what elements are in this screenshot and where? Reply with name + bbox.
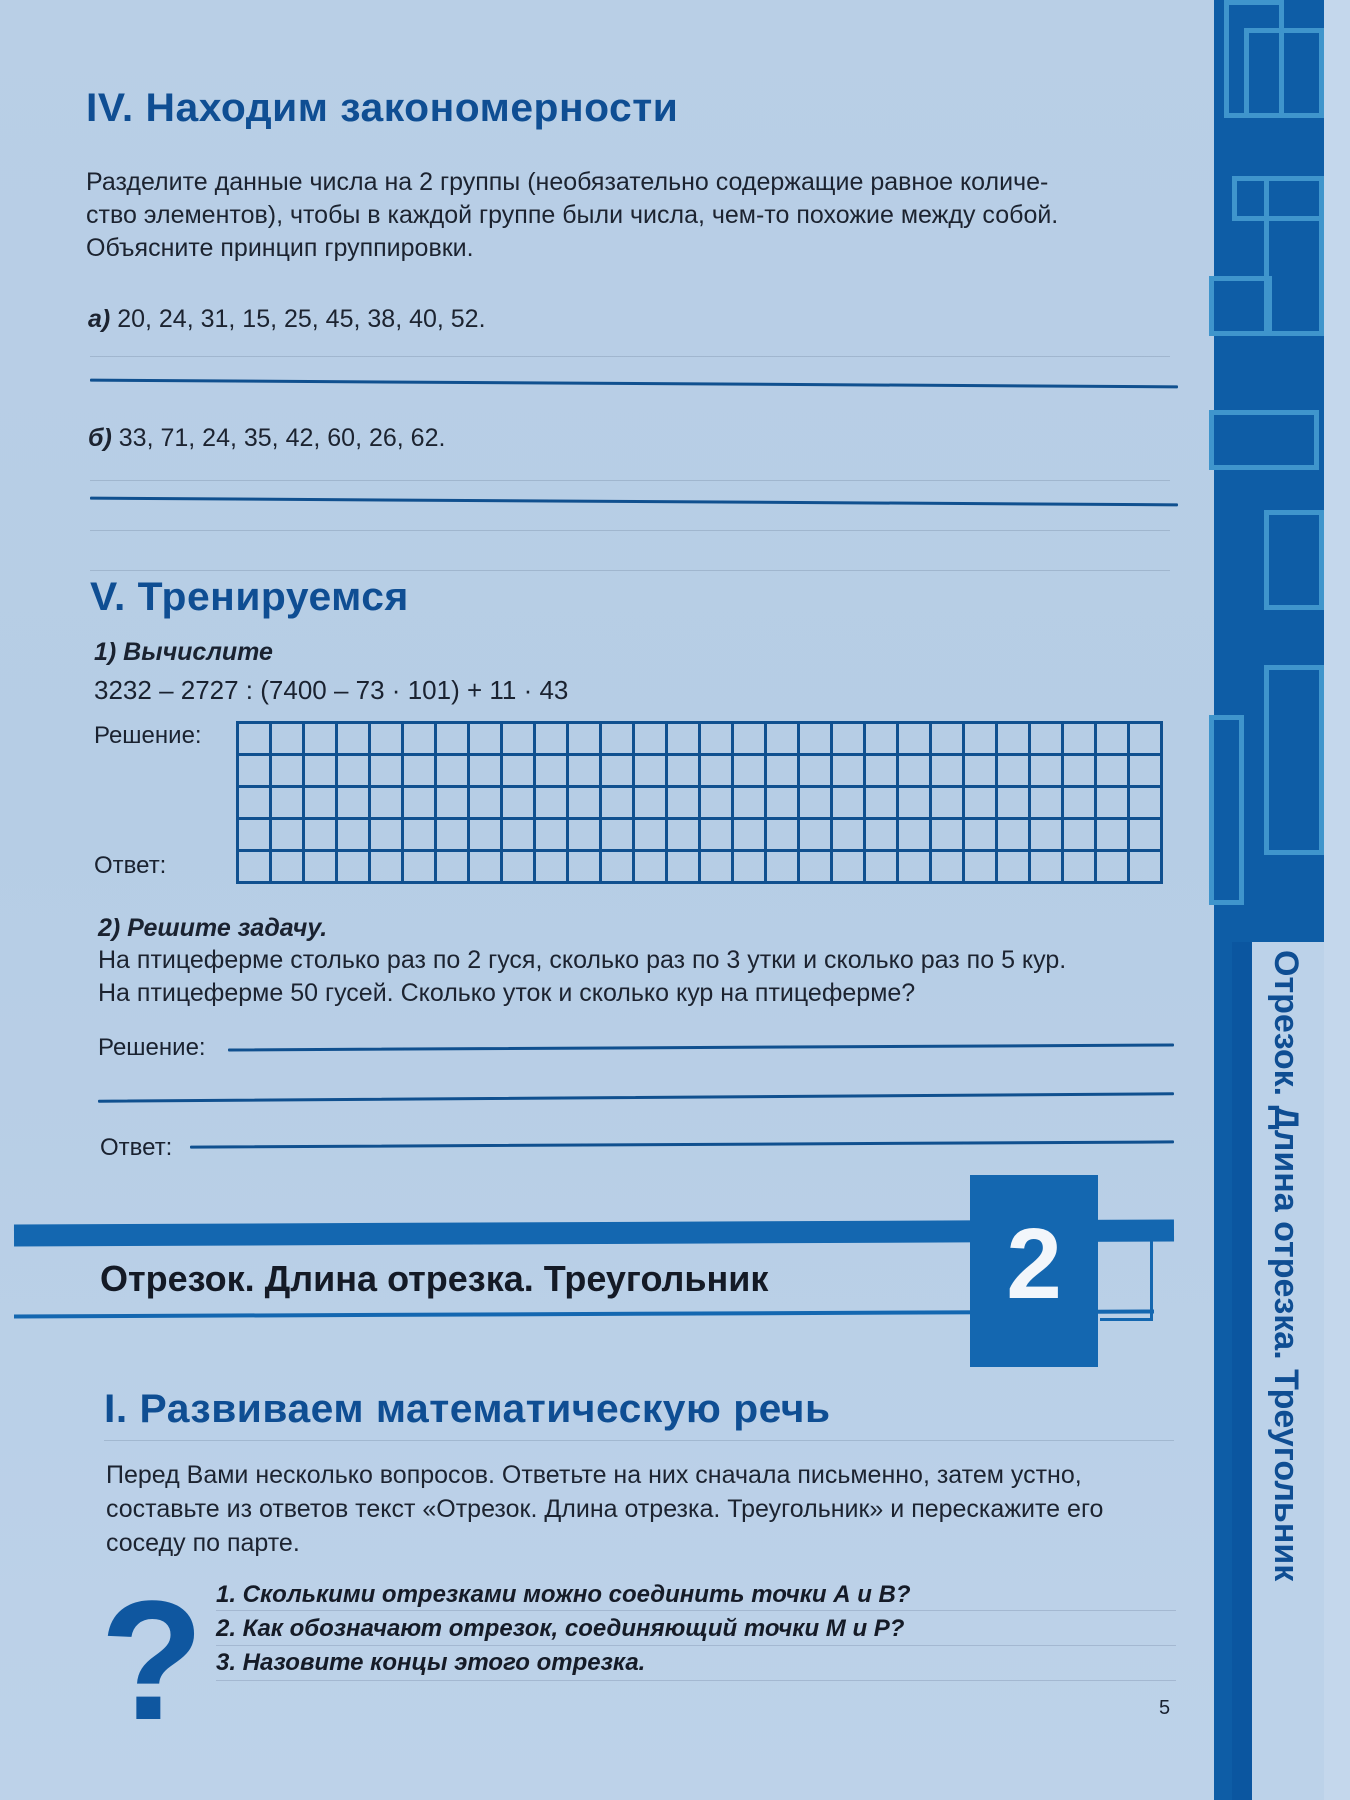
task1-expression: 3232 – 2727 : (7400 – 73 · 101) + 11 · 4…	[94, 675, 568, 706]
grid-cell[interactable]	[569, 756, 602, 788]
item-label: а)	[88, 305, 110, 333]
grid-cell[interactable]	[602, 724, 635, 756]
grid-cell[interactable]	[866, 724, 899, 756]
instruction-line: Перед Вами несколько вопросов. Ответьте …	[106, 1458, 1186, 1492]
strip-decoration	[1264, 510, 1324, 610]
grid-cell[interactable]	[734, 724, 767, 756]
grid-cell[interactable]	[734, 788, 767, 820]
section-iv-instruction: Разделите данные числа на 2 группы (необ…	[86, 166, 1186, 265]
grid-cell[interactable]	[1031, 788, 1064, 820]
grid-cell[interactable]	[470, 852, 503, 884]
grid-cell[interactable]	[701, 756, 734, 788]
chapter-number: 2	[1006, 1207, 1062, 1322]
grid-cell[interactable]	[239, 756, 272, 788]
grid-cell[interactable]	[305, 724, 338, 756]
grid-cell[interactable]	[767, 820, 800, 852]
grid-cell[interactable]	[833, 852, 866, 884]
grid-cell[interactable]	[536, 852, 569, 884]
grid-cell[interactable]	[437, 756, 470, 788]
task2-solution-label: Решение:	[98, 1034, 206, 1062]
grid-cell[interactable]	[602, 852, 635, 884]
grid-cell[interactable]	[800, 788, 833, 820]
grid-cell[interactable]	[371, 756, 404, 788]
grid-cell[interactable]	[239, 788, 272, 820]
grid-cell[interactable]	[338, 724, 371, 756]
answer-line-a[interactable]	[90, 379, 1178, 389]
grid-cell[interactable]	[1064, 852, 1097, 884]
grid-cell[interactable]	[932, 756, 965, 788]
task2-solution-line-2[interactable]	[98, 1092, 1174, 1103]
grid-cell[interactable]	[866, 820, 899, 852]
faint-line	[90, 356, 1170, 357]
grid-cell[interactable]	[668, 724, 701, 756]
instruction-line: ство элементов), чтобы в каждой группе б…	[86, 199, 1186, 232]
grid-cell[interactable]	[602, 820, 635, 852]
grid-cell[interactable]	[635, 820, 668, 852]
grid-cell[interactable]	[866, 788, 899, 820]
number-list: 33, 71, 24, 35, 42, 60, 26, 62.	[119, 424, 446, 452]
grid-cell[interactable]	[371, 724, 404, 756]
grid-cell[interactable]	[701, 820, 734, 852]
grid-cell[interactable]	[569, 820, 602, 852]
grid-cell[interactable]	[503, 756, 536, 788]
faint-line	[216, 1680, 1176, 1681]
number-list: 20, 24, 31, 15, 25, 45, 38, 40, 52.	[117, 305, 485, 333]
instruction-line: Разделите данные числа на 2 группы (необ…	[86, 166, 1186, 199]
grid-cell[interactable]	[536, 724, 569, 756]
grid-cell[interactable]	[1031, 852, 1064, 884]
grid-cell[interactable]	[998, 852, 1031, 884]
page-edge	[1324, 0, 1350, 1800]
grid-cell[interactable]	[371, 788, 404, 820]
grid-cell[interactable]	[1097, 756, 1130, 788]
grid-cell[interactable]	[833, 756, 866, 788]
grid-cell[interactable]	[635, 756, 668, 788]
grid-cell[interactable]	[404, 756, 437, 788]
grid-cell[interactable]	[272, 788, 305, 820]
chapter-outline	[1100, 1225, 1153, 1321]
question-item: 2. Как обозначают отрезок, соединяющий т…	[216, 1612, 911, 1646]
task2-answer-line[interactable]	[190, 1140, 1174, 1148]
grid-cell[interactable]	[272, 724, 305, 756]
grid-cell[interactable]	[965, 820, 998, 852]
grid-cell[interactable]	[470, 724, 503, 756]
strip-decoration	[1209, 715, 1244, 905]
grid-cell[interactable]	[536, 788, 569, 820]
grid-cell[interactable]	[998, 756, 1031, 788]
grid-cell[interactable]	[668, 756, 701, 788]
grid-cell[interactable]	[503, 820, 536, 852]
grid-cell[interactable]	[1031, 820, 1064, 852]
grid-cell[interactable]	[1130, 788, 1163, 820]
grid-cell[interactable]	[932, 788, 965, 820]
grid-cell[interactable]	[668, 788, 701, 820]
grid-cell[interactable]	[965, 724, 998, 756]
grid-cell[interactable]	[437, 788, 470, 820]
grid-cell[interactable]	[305, 756, 338, 788]
grid-cell[interactable]	[305, 820, 338, 852]
grid-cell[interactable]	[767, 724, 800, 756]
grid-cell[interactable]	[1064, 724, 1097, 756]
grid-cell[interactable]	[371, 820, 404, 852]
grid-cell[interactable]	[371, 852, 404, 884]
item-label: б)	[88, 424, 112, 452]
question-mark-icon: ?	[100, 1576, 204, 1746]
grid-cell[interactable]	[701, 852, 734, 884]
grid-cell[interactable]	[602, 756, 635, 788]
grid-cell[interactable]	[1031, 724, 1064, 756]
task2-line: На птицеферме столько раз по 2 гуся, ско…	[98, 944, 1188, 977]
grid-cell[interactable]	[338, 820, 371, 852]
grid-cell[interactable]	[899, 724, 932, 756]
exercise-item-b: б) 33, 71, 24, 35, 42, 60, 26, 62.	[88, 424, 445, 453]
task1-answer-label: Ответ:	[94, 852, 166, 880]
grid-cell[interactable]	[503, 724, 536, 756]
grid-cell[interactable]	[470, 788, 503, 820]
grid-cell[interactable]	[1064, 820, 1097, 852]
grid-cell[interactable]	[965, 852, 998, 884]
grid-cell[interactable]	[437, 820, 470, 852]
grid-cell[interactable]	[1064, 756, 1097, 788]
grid-cell[interactable]	[305, 852, 338, 884]
grid-cell[interactable]	[404, 820, 437, 852]
grid-cell[interactable]	[569, 852, 602, 884]
section-i-instruction: Перед Вами несколько вопросов. Ответьте …	[106, 1458, 1186, 1560]
task1-solution-label: Решение:	[94, 722, 202, 750]
strip-decoration	[1224, 0, 1284, 118]
task2-heading: 2) Решите задачу.	[98, 914, 327, 943]
instruction-line: составьте из ответов текст «Отрезок. Дли…	[106, 1492, 1186, 1526]
grid-cell[interactable]	[734, 756, 767, 788]
grid-cell[interactable]	[569, 788, 602, 820]
grid-cell[interactable]	[833, 820, 866, 852]
task2-line: На птицеферме 50 гусей. Сколько уток и с…	[98, 977, 1188, 1010]
chapter-title: Отрезок. Длина отрезка. Треугольник	[100, 1258, 768, 1300]
grid-cell[interactable]	[1097, 852, 1130, 884]
grid-cell[interactable]	[635, 724, 668, 756]
strip-decoration	[1209, 276, 1272, 336]
faint-line	[216, 1610, 1176, 1611]
grid-cell[interactable]	[1031, 756, 1064, 788]
grid-cell[interactable]	[734, 820, 767, 852]
question-list: 1. Сколькими отрезками можно соединить т…	[216, 1578, 911, 1680]
grid-cell[interactable]	[635, 852, 668, 884]
grid-cell[interactable]	[800, 724, 833, 756]
grid-cell[interactable]	[767, 788, 800, 820]
grid-cell[interactable]	[899, 852, 932, 884]
grid-cell[interactable]	[635, 788, 668, 820]
grid-cell[interactable]	[1130, 756, 1163, 788]
answer-line-b[interactable]	[90, 497, 1178, 507]
grid-cell[interactable]	[734, 852, 767, 884]
grid-cell[interactable]	[1130, 724, 1163, 756]
grid-cell[interactable]	[800, 820, 833, 852]
grid-cell[interactable]	[701, 724, 734, 756]
grid-cell[interactable]	[305, 788, 338, 820]
grid-cell[interactable]	[404, 788, 437, 820]
grid-cell[interactable]	[668, 852, 701, 884]
chapter-number-badge: 2	[970, 1175, 1098, 1367]
grid-cell[interactable]	[1097, 724, 1130, 756]
grid-cell[interactable]	[503, 852, 536, 884]
grid-cell[interactable]	[239, 820, 272, 852]
grid-cell[interactable]	[536, 820, 569, 852]
grid-cell[interactable]	[338, 756, 371, 788]
grid-cell[interactable]	[668, 820, 701, 852]
grid-cell[interactable]	[965, 788, 998, 820]
question-item: 3. Назовите концы этого отрезка.	[216, 1646, 911, 1680]
exercise-item-a: а) 20, 24, 31, 15, 25, 45, 38, 40, 52.	[88, 305, 486, 334]
grid-cell[interactable]	[239, 852, 272, 884]
grid-cell[interactable]	[833, 724, 866, 756]
question-item: 1. Сколькими отрезками можно соединить т…	[216, 1578, 911, 1612]
section-iv-title: IV. Находим закономерности	[86, 86, 678, 131]
grid-cell[interactable]	[998, 788, 1031, 820]
grid-cell[interactable]	[272, 820, 305, 852]
grid-cell[interactable]	[404, 724, 437, 756]
strip-decoration	[1264, 665, 1324, 855]
page-number: 5	[1159, 1697, 1170, 1720]
grid-cell[interactable]	[569, 724, 602, 756]
grid-cell[interactable]	[1130, 820, 1163, 852]
faint-line	[90, 480, 1170, 481]
grid-cell[interactable]	[932, 852, 965, 884]
grid-cell[interactable]	[1130, 852, 1163, 884]
grid-cell[interactable]	[800, 756, 833, 788]
faint-line	[216, 1645, 1176, 1646]
task2-text: На птицеферме столько раз по 2 гуся, ско…	[98, 944, 1188, 1010]
grid-cell[interactable]	[1097, 788, 1130, 820]
grid-cell[interactable]	[767, 756, 800, 788]
grid-cell[interactable]	[965, 756, 998, 788]
instruction-line: соседу по парте.	[106, 1526, 1186, 1560]
grid-cell[interactable]	[470, 756, 503, 788]
grid-cell[interactable]	[800, 852, 833, 884]
grid-cell[interactable]	[899, 820, 932, 852]
section-i-title: I. Развиваем математическую речь	[104, 1387, 831, 1432]
grid-cell[interactable]	[932, 724, 965, 756]
task2-answer-label: Ответ:	[100, 1134, 172, 1162]
grid-cell[interactable]	[833, 788, 866, 820]
grid-cell[interactable]	[470, 820, 503, 852]
grid-cell[interactable]	[338, 788, 371, 820]
grid-cell[interactable]	[239, 724, 272, 756]
faint-line	[104, 1440, 1174, 1441]
grid-cell[interactable]	[503, 788, 536, 820]
grid-cell[interactable]	[437, 724, 470, 756]
grid-cell[interactable]	[767, 852, 800, 884]
grid-cell[interactable]	[1064, 788, 1097, 820]
grid-cell[interactable]	[998, 724, 1031, 756]
grid-cell[interactable]	[437, 852, 470, 884]
task2-solution-line[interactable]	[228, 1044, 1174, 1052]
grid-cell[interactable]	[932, 820, 965, 852]
strip-decoration	[1264, 176, 1324, 336]
task1-heading: 1) Вычислите	[94, 638, 273, 667]
solution-grid[interactable]	[236, 721, 1163, 884]
grid-cell[interactable]	[899, 756, 932, 788]
faint-line	[90, 530, 1170, 531]
textbook-page: IV. Находим закономерности Разделите дан…	[0, 0, 1350, 1800]
grid-cell[interactable]	[404, 852, 437, 884]
grid-cell[interactable]	[899, 788, 932, 820]
grid-cell[interactable]	[338, 852, 371, 884]
grid-cell[interactable]	[602, 788, 635, 820]
instruction-line: Объясните принцип группировки.	[86, 232, 1186, 265]
strip-decoration	[1209, 410, 1319, 470]
grid-cell[interactable]	[701, 788, 734, 820]
grid-cell[interactable]	[866, 852, 899, 884]
grid-cell[interactable]	[272, 756, 305, 788]
grid-cell[interactable]	[1097, 820, 1130, 852]
section-v-title: V. Тренируемся	[90, 575, 409, 620]
grid-cell[interactable]	[536, 756, 569, 788]
side-tab-label: Отрезок. Длина отрезка. Треугольник	[1256, 950, 1316, 1750]
grid-cell[interactable]	[998, 820, 1031, 852]
grid-cell[interactable]	[866, 756, 899, 788]
faint-line	[90, 570, 1170, 571]
grid-cell[interactable]	[272, 852, 305, 884]
